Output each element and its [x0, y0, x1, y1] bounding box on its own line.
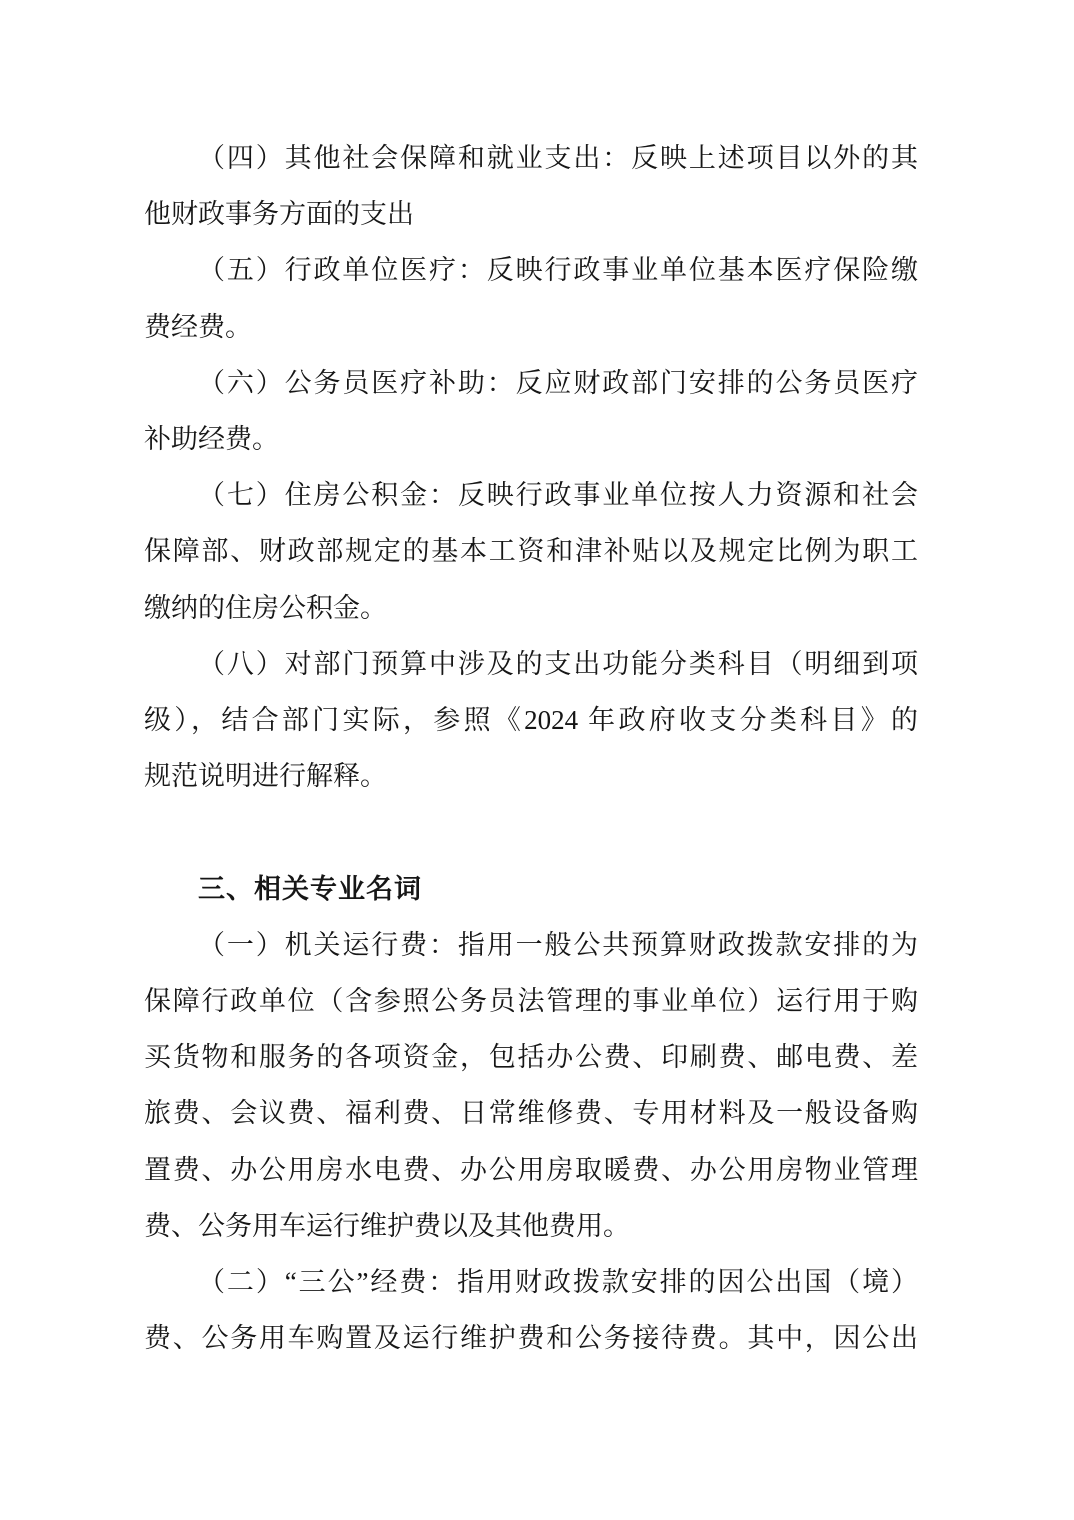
text-line: 级），结合部门实际，参照《2024 年政府收支分类科目》的 — [144, 692, 918, 748]
clause-7-housing-fund: （七）住房公积金：反映行政事业单位按人力资源和社会 保障部、财政部规定的基本工资… — [144, 467, 918, 636]
term-1-agency-operating-cost: （一）机关运行费：指用一般公共预算财政拨款安排的为 保障行政单位（含参照公务员法… — [144, 917, 918, 1254]
text-line: 缴纳的住房公积金。 — [144, 580, 918, 636]
text-line: （七）住房公积金：反映行政事业单位按人力资源和社会 — [144, 467, 918, 523]
document-page: （四）其他社会保障和就业支出：反映上述项目以外的其 他财政事务方面的支出 （五）… — [0, 0, 1074, 1520]
text-line: 旅费、会议费、福利费、日常维修费、专用材料及一般设备购 — [144, 1085, 918, 1141]
text-line: 买货物和服务的各项资金，包括办公费、印刷费、邮电费、差 — [144, 1029, 918, 1085]
text-line: （四）其他社会保障和就业支出：反映上述项目以外的其 — [144, 130, 918, 186]
text-line: 他财政事务方面的支出 — [144, 186, 918, 242]
text-line: 补助经费。 — [144, 411, 918, 467]
text-line: （二）“三公”经费：指用财政拨款安排的因公出国（境） — [144, 1254, 918, 1310]
term-2-three-public-expenses: （二）“三公”经费：指用财政拨款安排的因公出国（境） 费、公务用车购置及运行维护… — [144, 1254, 918, 1366]
text-line: 费、公务用车购置及运行维护费和公务接待费。其中，因公出 — [144, 1310, 918, 1366]
clause-8-expenditure-classification: （八）对部门预算中涉及的支出功能分类科目（明细到项 级），结合部门实际，参照《2… — [144, 636, 918, 805]
text-line: 费、公务用车运行维护费以及其他费用。 — [144, 1198, 918, 1254]
section-3-heading: 三、相关专业名词 — [144, 861, 918, 917]
document-content: （四）其他社会保障和就业支出：反映上述项目以外的其 他财政事务方面的支出 （五）… — [144, 130, 918, 1366]
text-line: 保障行政单位（含参照公务员法管理的事业单位）运行用于购 — [144, 973, 918, 1029]
clause-6-civil-servant-medical-subsidy: （六）公务员医疗补助：反应财政部门安排的公务员医疗 补助经费。 — [144, 355, 918, 467]
section-heading-text: 三、相关专业名词 — [144, 861, 918, 917]
text-line: 保障部、财政部规定的基本工资和津补贴以及规定比例为职工 — [144, 523, 918, 579]
text-line: 置费、办公用房水电费、办公用房取暖费、办公用房物业管理 — [144, 1142, 918, 1198]
text-line: （六）公务员医疗补助：反应财政部门安排的公务员医疗 — [144, 355, 918, 411]
clause-4-other-social-security: （四）其他社会保障和就业支出：反映上述项目以外的其 他财政事务方面的支出 — [144, 130, 918, 242]
text-line: 规范说明进行解释。 — [144, 748, 918, 804]
text-line: 费经费。 — [144, 299, 918, 355]
clause-5-admin-unit-medical: （五）行政单位医疗：反映行政事业单位基本医疗保险缴 费经费。 — [144, 242, 918, 354]
text-line: （一）机关运行费：指用一般公共预算财政拨款安排的为 — [144, 917, 918, 973]
text-line: （五）行政单位医疗：反映行政事业单位基本医疗保险缴 — [144, 242, 918, 298]
text-line: （八）对部门预算中涉及的支出功能分类科目（明细到项 — [144, 636, 918, 692]
